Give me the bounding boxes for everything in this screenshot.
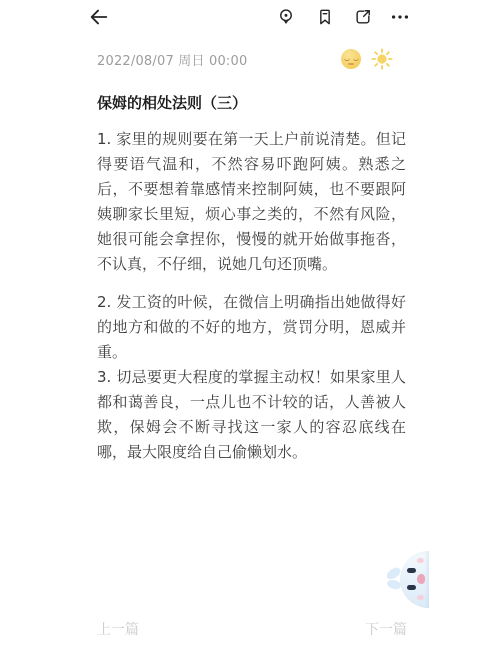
mascot-blush [417, 558, 424, 563]
bookmark-button[interactable] [311, 3, 339, 31]
previous-entry-link[interactable]: 上一篇 [97, 619, 139, 639]
more-dots-icon [389, 6, 411, 28]
note-paragraph-2: 2. 发工资的叶候，在微信上明确指出她做得好的地方和做的不好的地方，赏罚分明，恩… [97, 290, 406, 365]
mascot-eye [407, 568, 416, 573]
mascot-blush [417, 595, 424, 600]
back-arrow-icon [88, 6, 110, 28]
note-paragraph-1: 1. 家里的规则要在第一天上户前说清楚。但记得要语气温和，不然容易吓跑阿姨。熟悉… [97, 127, 406, 277]
entry-date: 2022/08/07 周日 00:00 [97, 50, 247, 69]
pensive-face-icon[interactable] [341, 49, 361, 69]
note-paragraph-3: 3. 切忌要更大程度的掌握主动权！如果家里人都和蔼善良，一点儿也不计较的话，人善… [97, 365, 406, 465]
share-button[interactable] [349, 3, 377, 31]
share-icon [353, 7, 373, 27]
top-toolbar [0, 0, 500, 36]
mascot-snout [417, 574, 425, 584]
back-button[interactable] [85, 3, 113, 31]
location-pin-icon [276, 7, 296, 27]
sun-icon[interactable] [371, 48, 393, 70]
mascot-eye [407, 585, 416, 590]
mascot-peek-button[interactable] [386, 550, 430, 610]
mood-weather-row [341, 47, 403, 71]
next-entry-link[interactable]: 下一篇 [365, 619, 407, 639]
note-title: 保姆的相处法则（三） [97, 92, 417, 113]
location-button[interactable] [272, 3, 300, 31]
bookmark-icon [315, 7, 335, 27]
note-detail-screen: 2022/08/07 周日 00:00 保姆的相处法则（三） [0, 0, 500, 652]
more-options-button[interactable] [386, 3, 414, 31]
